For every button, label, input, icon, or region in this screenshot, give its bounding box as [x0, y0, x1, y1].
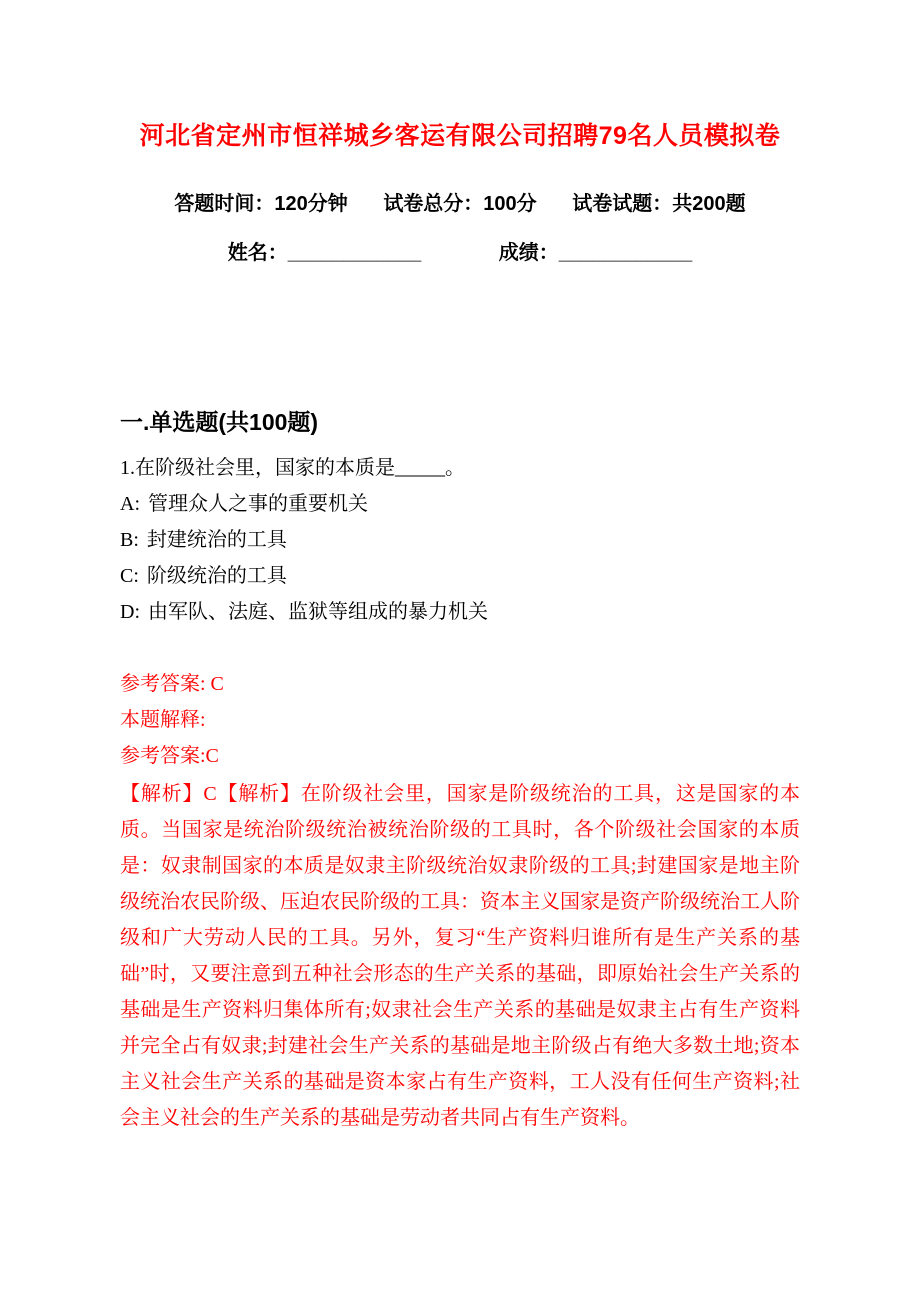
option-b-label: B:	[120, 529, 139, 551]
option-b: B:封建统治的工具	[120, 522, 800, 558]
name-score-line: 姓名：____________ 成绩：____________	[120, 242, 800, 264]
option-a: A:管理众人之事的重要机关	[120, 486, 800, 522]
option-a-text: 管理众人之事的重要机关	[148, 493, 368, 515]
option-d-text: 由军队、法庭、监狱等组成的暴力机关	[148, 601, 488, 623]
exam-time: 答题时间：120分钟	[174, 193, 347, 215]
name-blank-line: ____________	[288, 242, 421, 264]
exam-info-line: 答题时间：120分钟 试卷总分：100分 试卷试题：共200题	[120, 193, 800, 215]
reference-answer: 参考答案: C	[120, 666, 800, 702]
reference-answer-repeat: 参考答案:C	[120, 738, 800, 774]
document-content: 河北省定州市恒祥城乡客运有限公司招聘79名人员模拟卷 答题时间：120分钟 试卷…	[120, 120, 800, 1136]
option-c-label: C:	[120, 565, 139, 587]
name-field-group: 姓名：____________	[228, 242, 421, 264]
score-blank-line: ____________	[559, 242, 692, 264]
option-c: C:阶级统治的工具	[120, 558, 800, 594]
question-text: 在阶级社会里，国家的本质是_____。	[135, 457, 465, 479]
name-label: 姓名：	[228, 242, 288, 264]
analysis-paragraph: 【解析】C【解析】在阶级社会里，国家是阶级统治的工具，这是国家的本质。当国家是统…	[120, 776, 800, 1136]
page-title: 河北省定州市恒祥城乡客运有限公司招聘79名人员模拟卷	[120, 120, 800, 153]
option-b-text: 封建统治的工具	[147, 529, 287, 551]
question-stem: 1.在阶级社会里，国家的本质是_____。	[120, 450, 800, 486]
option-c-text: 阶级统治的工具	[147, 565, 287, 587]
option-a-label: A:	[120, 493, 140, 515]
explanation-heading: 本题解释:	[120, 702, 800, 738]
option-d: D:由军队、法庭、监狱等组成的暴力机关	[120, 594, 800, 630]
option-d-label: D:	[120, 601, 140, 623]
section-heading: 一.单选题(共100题)	[120, 410, 800, 434]
exam-paper-page: 河北省定州市恒祥城乡客运有限公司招聘79名人员模拟卷 答题时间：120分钟 试卷…	[0, 0, 920, 1302]
score-label: 成绩：	[499, 242, 559, 264]
score-field-group: 成绩：____________	[499, 242, 692, 264]
question-number: 1.	[120, 457, 135, 479]
exam-total-score: 试卷总分：100分	[383, 193, 536, 215]
exam-question-count: 试卷试题：共200题	[572, 193, 745, 215]
